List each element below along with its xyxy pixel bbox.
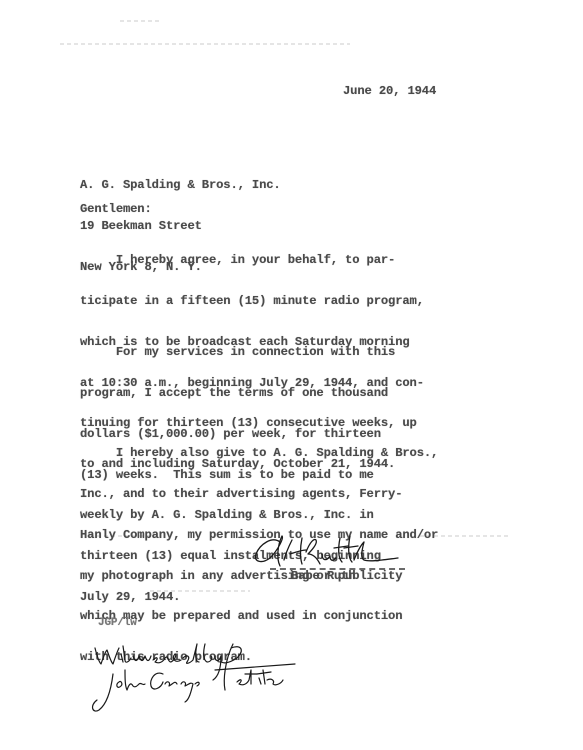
salutation: Gentlemen: <box>80 203 152 217</box>
paragraph-line: ticipate in a fifteen (15) minute radio … <box>80 295 424 309</box>
paragraph-line: I hereby agree, in your behalf, to par- <box>80 254 424 268</box>
recipient-line: A. G. Spalding & Bros., Inc. <box>80 179 281 193</box>
paragraph-line: program, I accept the terms of one thous… <box>80 387 395 401</box>
paragraph-line: For my services in connection with this <box>80 346 395 360</box>
reference-initials: JGP/lw <box>98 617 137 631</box>
paragraph-line: Inc., and to their advertising agents, F… <box>80 488 438 502</box>
signatory-name: Babe Ruth <box>291 570 355 584</box>
letter-date: June 20, 1944 <box>343 85 436 99</box>
bleed-through-mark <box>120 20 160 22</box>
paragraph-line: I hereby also give to A. G. Spalding & B… <box>80 447 438 461</box>
letter-page: June 20, 1944 A. G. Spalding & Bros., In… <box>0 0 583 750</box>
witness-signature <box>85 640 305 720</box>
bleed-through-mark <box>60 43 350 45</box>
